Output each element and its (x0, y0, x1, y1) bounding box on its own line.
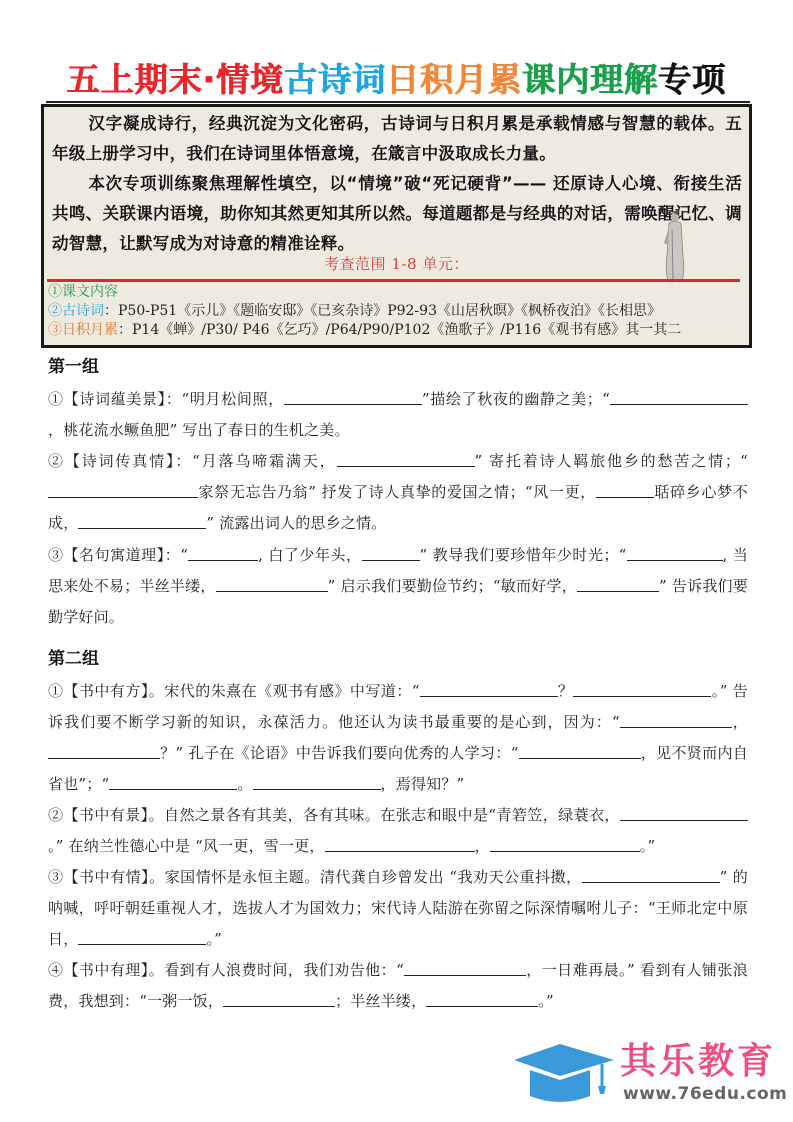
answer-blank[interactable] (223, 989, 335, 1007)
answer-blank[interactable] (620, 803, 748, 821)
title-divider (46, 101, 750, 103)
page-title: 五上期末·情境古诗词日积月累课内理解专项 (0, 60, 793, 100)
answer-blank[interactable] (404, 958, 526, 976)
brand-name: 其乐教育 (620, 1042, 776, 1082)
answer-blank[interactable] (325, 834, 475, 852)
question-1-2: ②【诗词传真情】：“月落乌啼霜满天，” 寄托着诗人羁旅他乡的愁苦之情；“家祭无忘… (48, 446, 748, 539)
scope-item-daily-accumulation: ③日积月累：P14《蝉》/P30/ P46《乞巧》/P64/P90/P102《渔… (48, 321, 681, 340)
brand-url: www.76edu.com (623, 1084, 787, 1104)
answer-blank[interactable] (620, 710, 732, 728)
answer-blank[interactable] (627, 543, 723, 561)
question-2-4: ④【书中有理】。看到有人浪费时间，我们劝告他：“，一日难再晨。” 看到有人铺张浪… (48, 955, 748, 1017)
answer-blank[interactable] (216, 574, 328, 592)
answer-blank[interactable] (109, 772, 237, 790)
answer-blank[interactable] (420, 679, 558, 697)
answer-blank[interactable] (78, 511, 206, 529)
answer-blank[interactable] (78, 927, 206, 945)
answer-blank[interactable] (582, 865, 720, 883)
answer-blank[interactable] (426, 989, 538, 1007)
answer-blank[interactable] (573, 679, 711, 697)
intro-paragraph-1: 汉字凝成诗行，经典沉淀为文化密码，古诗词与日积月累是承载情感与智慧的载体。五年级… (52, 109, 742, 169)
question-2-2: ②【书中有景】。自然之景各有其美，各有其味。在张志和眼中是“青箬笠，绿蓑衣，。”… (48, 800, 748, 862)
answer-blank[interactable] (188, 543, 258, 561)
brand-logo: 其乐教育 www.76edu.com (510, 1040, 790, 1110)
title-segment-5: 专项 (658, 60, 726, 99)
title-segment-3: 日积月累 (386, 60, 522, 99)
answer-blank[interactable] (337, 449, 475, 467)
question-1-1: ①【诗词蕴美景】：“明月松间照，”描绘了秋夜的幽静之美；“，桃花流水鳜鱼肥” 写… (48, 384, 748, 446)
question-2-3: ③【书中有情】。家国情怀是永恒主题。清代龚自珍曾发出 “我劝天公重抖擞，” 的呐… (48, 862, 748, 955)
group-heading-1: 第一组 (48, 352, 99, 377)
answer-blank[interactable] (490, 834, 640, 852)
scope-item-ancient-poems: ②古诗词：P50-P51《示儿》《题临安邸》《已亥杂诗》P92-93《山居秋暝》… (48, 302, 661, 321)
scope-title: 考查范围 1-8 单元： (44, 253, 749, 274)
answer-blank[interactable] (48, 480, 198, 498)
answer-blank[interactable] (519, 741, 641, 759)
question-2-1: ①【书中有方】。宋代的朱熹在《观书有感》中写道：“？。” 告诉我们要不断学习新的… (48, 676, 748, 800)
question-1-3: ③【名句寓道理】：“, 白了少年头，” 教导我们要珍惜年少时光；“, 当思来处不… (48, 540, 748, 633)
answer-blank[interactable] (577, 574, 659, 592)
scope-item-text-content: ①课文内容 (48, 283, 118, 302)
title-segment-2: 古诗词 (284, 60, 386, 99)
answer-blank[interactable] (284, 387, 422, 405)
group-heading-2: 第二组 (48, 644, 99, 669)
graduation-cap-icon (510, 1042, 618, 1108)
intro-paragraph-2: 本次专项训练聚焦理解性填空，以“情境”破“死记硬背”—— 还原诗人心境、衔接生活… (52, 169, 742, 259)
title-segment-4: 课内理解 (522, 60, 658, 99)
answer-blank[interactable] (48, 741, 160, 759)
answer-blank[interactable] (362, 543, 420, 561)
ancient-scholar-icon (655, 209, 691, 287)
answer-blank[interactable] (610, 387, 748, 405)
answer-blank[interactable] (253, 772, 381, 790)
title-segment-1: 五上期末·情境 (67, 60, 285, 99)
answer-blank[interactable] (596, 480, 654, 498)
intro-box: 汉字凝成诗行，经典沉淀为文化密码，古诗词与日积月累是承载情感与智慧的载体。五年级… (41, 104, 752, 348)
scope-divider (47, 279, 740, 282)
